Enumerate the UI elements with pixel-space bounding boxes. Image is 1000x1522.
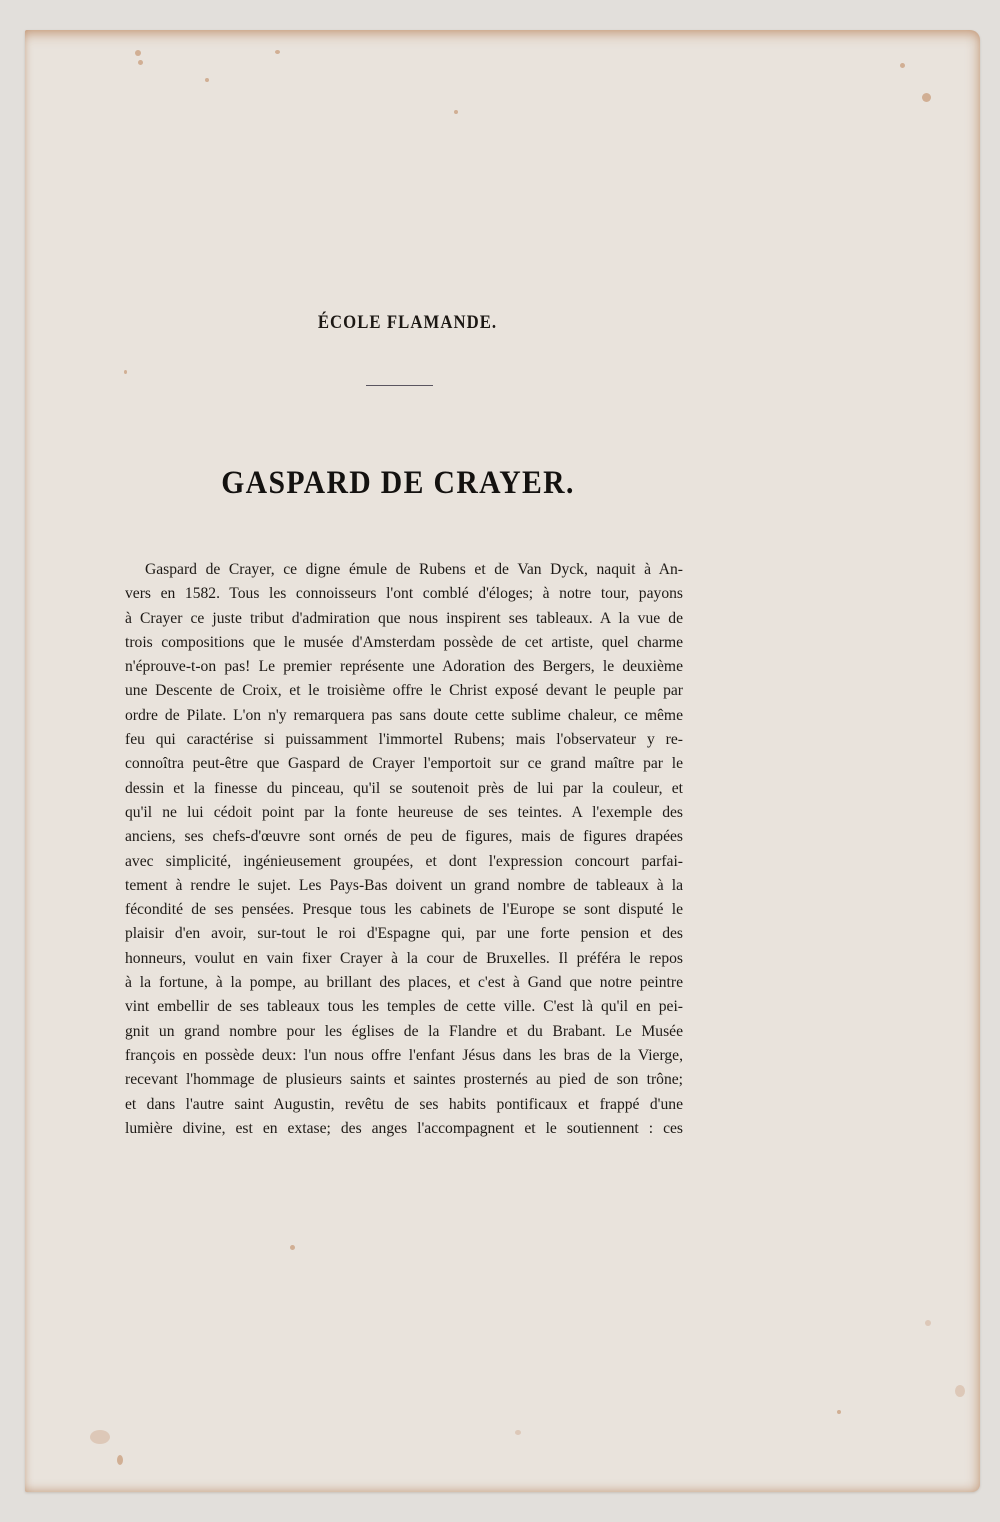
body-line: à Crayer ce juste tribut d'admiration qu…	[125, 607, 683, 631]
body-line: fécondité de ses pensées. Presque tous l…	[125, 898, 683, 922]
body-line: qu'il ne lui cédoit point par la fonte h…	[125, 801, 683, 825]
body-line: ordre de Pilate. L'on n'y remarquera pas…	[125, 704, 683, 728]
foxing-stain	[138, 60, 143, 65]
section-heading: ÉCOLE FLAMANDE.	[313, 312, 502, 334]
foxing-stain	[124, 370, 127, 374]
body-line: tement à rendre le sujet. Les Pays-Bas d…	[125, 874, 683, 898]
body-line: connoîtra peut-être que Gaspard de Craye…	[125, 752, 683, 776]
foxing-stain	[454, 110, 458, 114]
foxing-stain	[90, 1430, 110, 1444]
body-line: Gaspard de Crayer, ce digne émule de Rub…	[125, 558, 683, 582]
body-line: plaisir d'en avoir, sur-tout le roi d'Es…	[125, 922, 683, 946]
body-line: vers en 1582. Tous les connoisseurs l'on…	[125, 582, 683, 606]
foxing-stain	[922, 93, 931, 102]
foxing-stain	[955, 1385, 965, 1397]
foxing-stain	[275, 50, 280, 54]
body-line: une Descente de Croix, et le troisième o…	[125, 679, 683, 703]
body-line: recevant l'hommage de plusieurs saints e…	[125, 1068, 683, 1092]
body-line: et dans l'autre saint Augustin, revêtu d…	[125, 1093, 683, 1117]
body-line: avec simplicité, ingénieusement groupées…	[125, 850, 683, 874]
body-line: trois compositions que le musée d'Amster…	[125, 631, 683, 655]
body-line: dessin et la finesse du pinceau, qu'il s…	[125, 777, 683, 801]
page-title: GASPARD DE CRAYER.	[187, 465, 610, 502]
foxing-stain	[135, 50, 141, 56]
foxing-stain	[515, 1430, 521, 1435]
body-line: lumière divine, est en extase; des anges…	[125, 1117, 683, 1141]
body-text: Gaspard de Crayer, ce digne émule de Rub…	[125, 558, 685, 1141]
body-line: gnit un grand nombre pour les églises de…	[125, 1020, 683, 1044]
foxing-stain	[837, 1410, 841, 1414]
body-line: feu qui caractérise si puissamment l'imm…	[125, 728, 683, 752]
body-line: vint embellir de ses tableaux tous les t…	[125, 995, 683, 1019]
foxing-stain	[925, 1320, 931, 1326]
body-line: anciens, ses chefs-d'œuvre sont ornés de…	[125, 825, 683, 849]
foxing-stain	[117, 1455, 123, 1465]
body-line: à la fortune, à la pompe, au brillant de…	[125, 971, 683, 995]
foxing-stain	[290, 1245, 295, 1250]
foxing-stain	[205, 78, 209, 82]
title-divider	[366, 385, 433, 386]
body-line: françois en possède deux: l'un nous offr…	[125, 1044, 683, 1068]
body-line: honneurs, voulut en vain fixer Crayer à …	[125, 947, 683, 971]
foxing-stain	[900, 63, 905, 68]
body-line: n'éprouve-t-on pas! Le premier représent…	[125, 655, 683, 679]
